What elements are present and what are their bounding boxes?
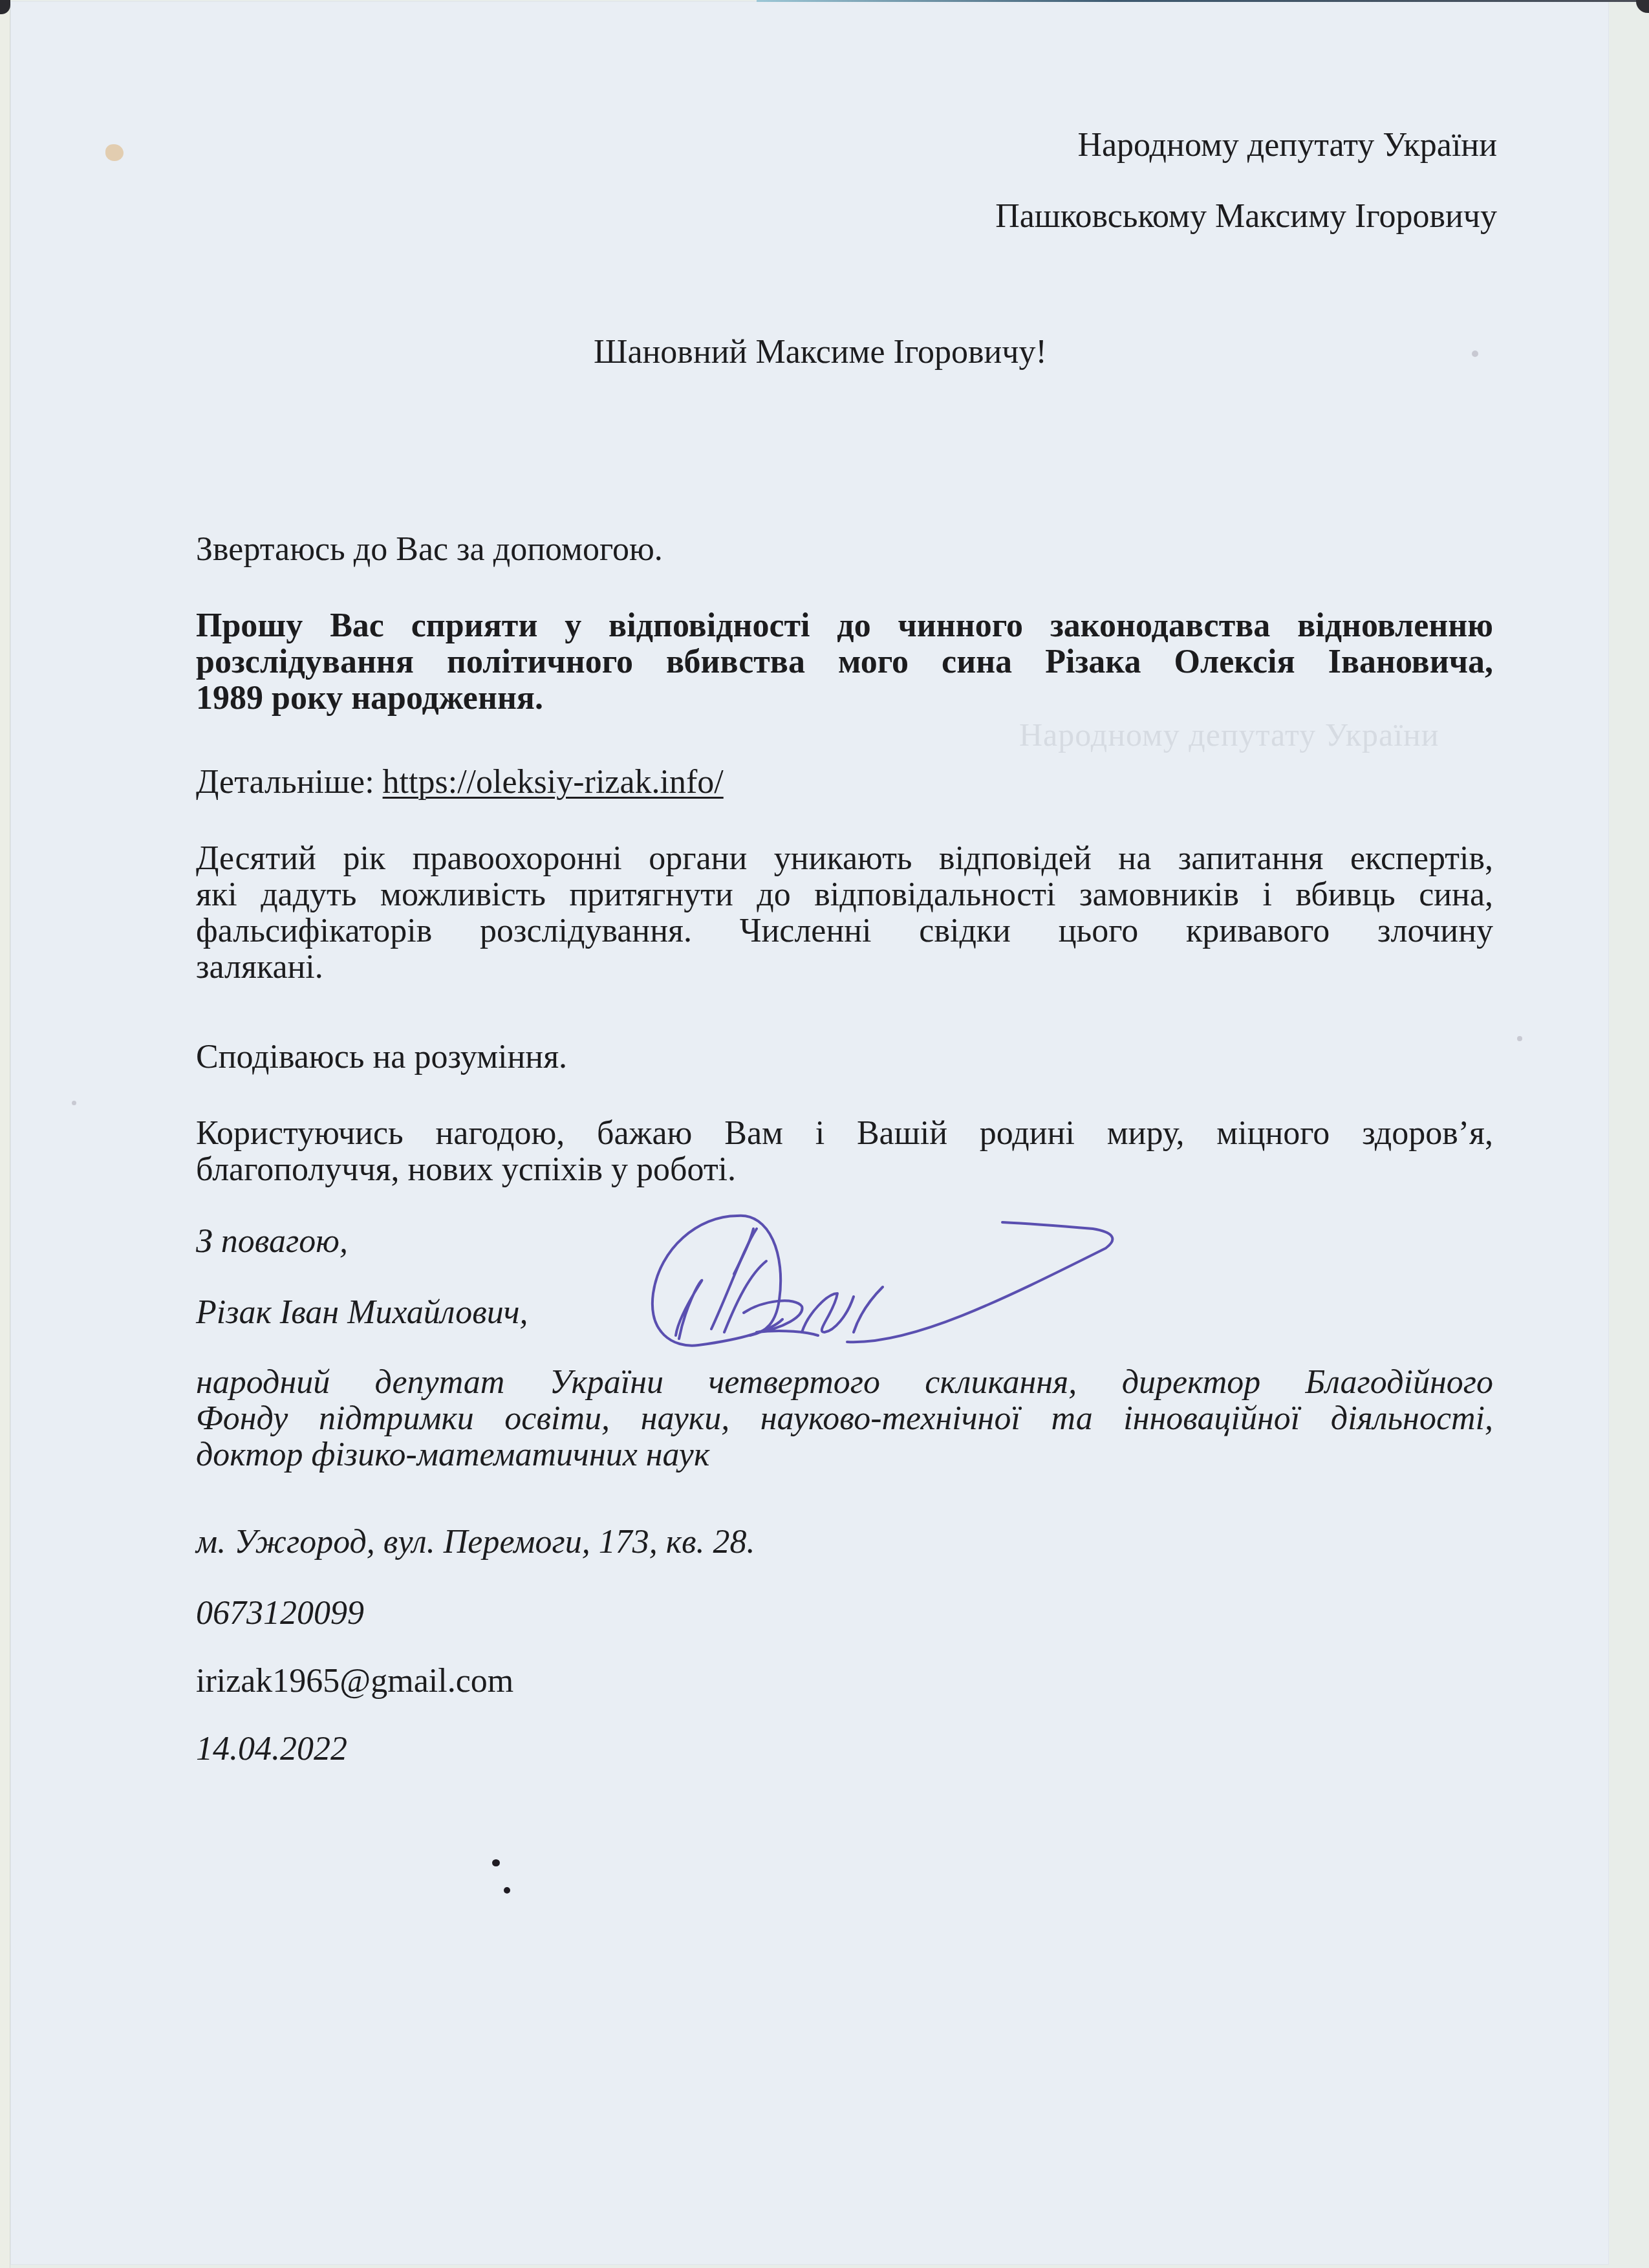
wishes-paragraph: Користуючись нагодою, бажаю Вам і Вашій … xyxy=(196,1116,1493,1188)
title-line: доктор фізико-математичних наук xyxy=(196,1437,1493,1473)
title-line: Фонду підтримки освіти, науки, науково-т… xyxy=(196,1401,1493,1437)
details-link[interactable]: https://oleksiy-rizak.info/ xyxy=(383,764,724,801)
paper-speck xyxy=(1472,351,1478,357)
paragraph-line: які дадуть можливість притягнути до відп… xyxy=(196,877,1493,913)
sender-name: Різак Іван Михайлович, xyxy=(196,1293,528,1332)
request-line: Прошу Вас сприяти у відповідності до чин… xyxy=(196,608,1493,644)
sender-address: м. Ужгород, вул. Перемоги, 173, кв. 28. xyxy=(196,1523,755,1562)
salutation: Шановний Максиме Ігоровичу! xyxy=(594,333,1047,372)
paper-stain xyxy=(105,144,124,161)
paper-speck xyxy=(72,1101,76,1105)
addressee-line-2: Пашковському Максиму Ігоровичу xyxy=(995,197,1497,236)
sender-title: народний депутат України четвертого скли… xyxy=(196,1365,1493,1473)
request-line: 1989 року народження. xyxy=(196,680,1493,717)
bleed-through-text: Народному депутату України xyxy=(1019,716,1439,753)
intro-line: Звертаюсь до Вас за допомогою. xyxy=(196,530,663,569)
main-paragraph: Десятий рік правоохоронні органи уникают… xyxy=(196,841,1493,986)
wishes-line: Користуючись нагодою, бажаю Вам і Вашій … xyxy=(196,1116,1493,1152)
details-line: Детальніше: https://oleksiy-rizak.info/ xyxy=(196,763,724,802)
handwritten-signature-icon xyxy=(640,1203,1151,1358)
sender-phone: 0673120099 xyxy=(196,1594,364,1633)
hope-line: Сподіваюсь на розуміння. xyxy=(196,1038,567,1077)
wishes-line: благополуччя, нових успіхів у роботі. xyxy=(196,1152,1493,1188)
scanner-corner-shadow xyxy=(1636,0,1649,13)
ink-dot xyxy=(492,1859,500,1866)
paper-speck xyxy=(1517,1036,1522,1041)
request-paragraph: Прошу Вас сприяти у відповідності до чин… xyxy=(196,608,1493,717)
paragraph-line: залякані. xyxy=(196,949,1493,986)
scan-top-edge xyxy=(757,0,1649,2)
request-line: розслідування політичного вбивства мого … xyxy=(196,644,1493,680)
ink-dot xyxy=(504,1887,510,1894)
details-label: Детальніше: xyxy=(196,764,374,801)
title-line: народний депутат України четвертого скли… xyxy=(196,1365,1493,1401)
regards: З повагою, xyxy=(196,1222,348,1261)
scanner-bed-left-edge xyxy=(0,0,10,2268)
letter-date: 14.04.2022 xyxy=(196,1730,347,1769)
sender-email[interactable]: irizak1965@gmail.com xyxy=(196,1662,513,1701)
paragraph-line: фальсифікаторів розслідування. Численні … xyxy=(196,913,1493,949)
addressee-line-1: Народному депутату України xyxy=(1077,126,1497,165)
paragraph-line: Десятий рік правоохоронні органи уникают… xyxy=(196,841,1493,877)
